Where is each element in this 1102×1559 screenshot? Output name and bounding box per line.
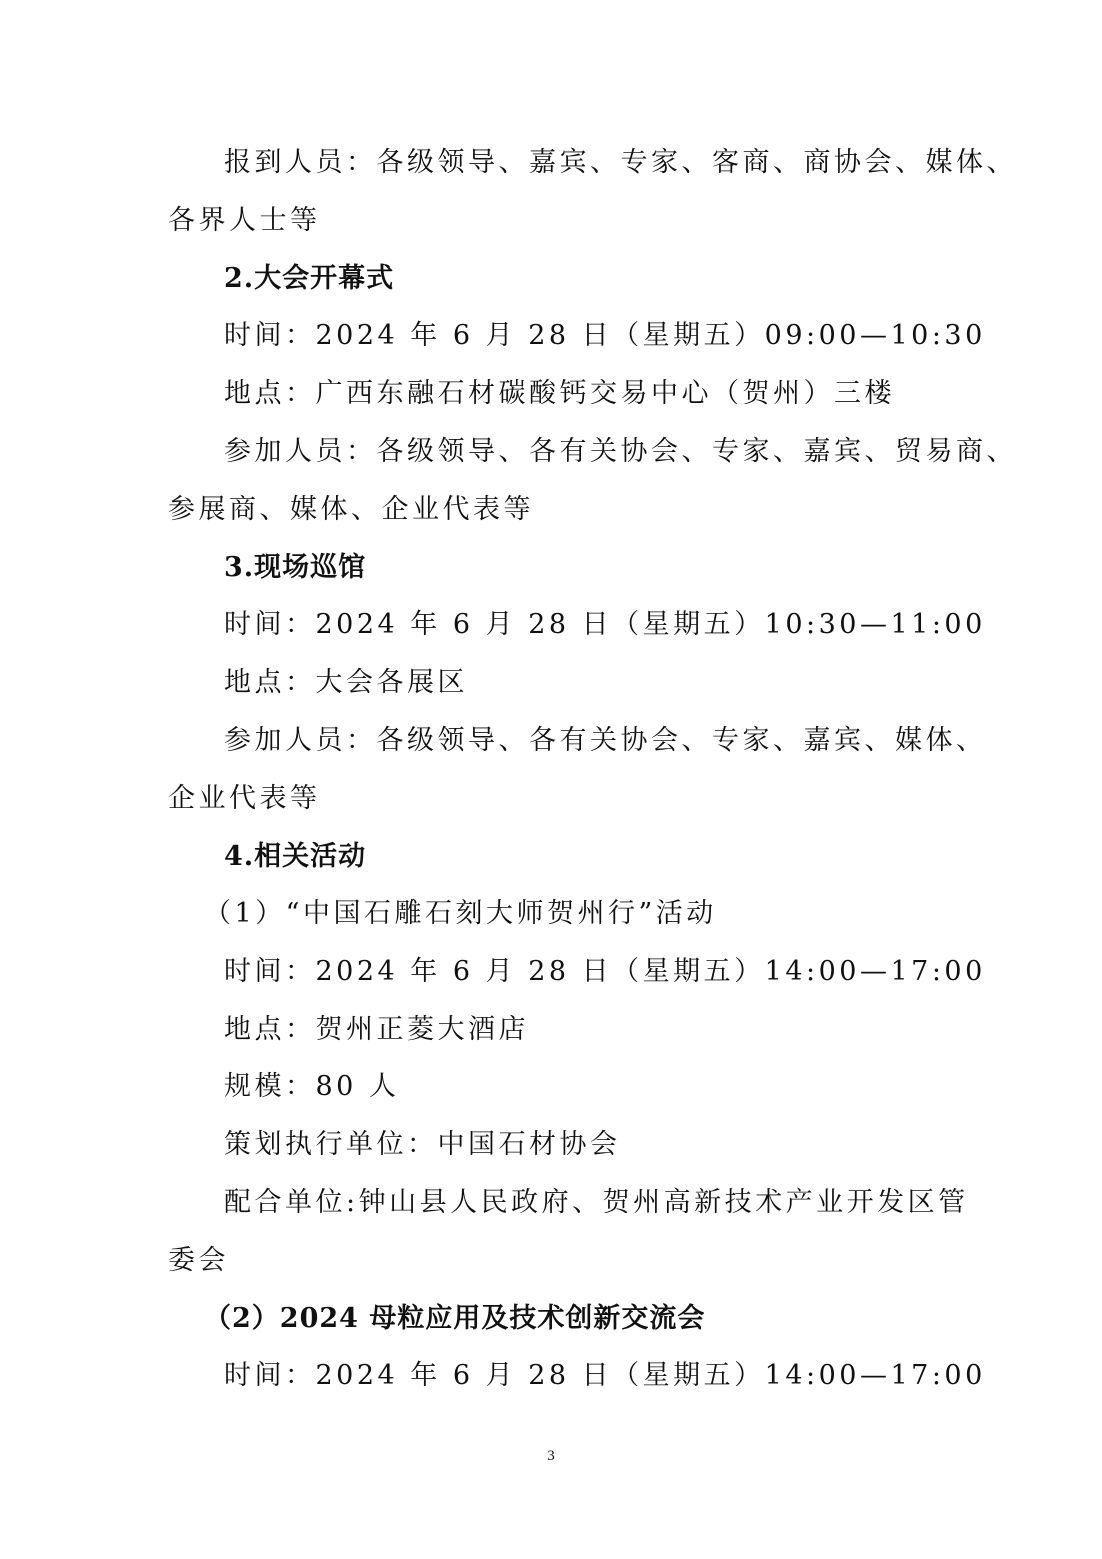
activity-2-heading: （2）2024 母粒应用及技术创新交流会 [204,1301,705,1337]
related-activities-heading: 4.相关活动 [224,839,366,875]
activity-1-scale: 规模：80 人 [224,1069,399,1105]
registration-attendees: 报到人员：各级领导、嘉宾、专家、客商、商协会、媒体、 [224,145,1017,181]
opening-ceremony-attendees-continued: 参展商、媒体、企业代表等 [168,492,534,528]
opening-ceremony-time: 时间：2024 年 6 月 28 日（星期五）09:00—10:30 [224,318,986,354]
activity-1-partners: 配合单位:钟山县人民政府、贺州高新技术产业开发区管 [224,1185,969,1221]
hall-tour-location: 地点：大会各展区 [224,665,468,701]
activity-1-time: 时间：2024 年 6 月 28 日（星期五）14:00—17:00 [224,954,986,990]
hall-tour-attendees-continued: 企业代表等 [168,781,321,817]
hall-tour-attendees: 参加人员：各级领导、各有关协会、专家、嘉宾、媒体、 [224,723,987,759]
opening-ceremony-location: 地点：广西东融石材碳酸钙交易中心（贺州）三楼 [224,376,895,412]
registration-attendees-continued: 各界人士等 [168,203,321,239]
opening-ceremony-attendees: 参加人员：各级领导、各有关协会、专家、嘉宾、贸易商、 [224,434,1017,470]
activity-2-time: 时间：2024 年 6 月 28 日（星期五）14:00—17:00 [224,1358,986,1394]
activity-1-partners-continued: 委会 [168,1243,229,1279]
hall-tour-heading: 3.现场巡馆 [224,550,366,586]
activity-1-location: 地点：贺州正菱大酒店 [224,1012,529,1048]
document-page: 报到人员：各级领导、嘉宾、专家、客商、商协会、媒体、 各界人士等 2.大会开幕式… [0,0,1102,1559]
hall-tour-time: 时间：2024 年 6 月 28 日（星期五）10:30—11:00 [224,607,986,643]
activity-1-organizer: 策划执行单位：中国石材协会 [224,1127,621,1163]
activity-1-heading: （1）“中国石雕石刻大师贺州行”活动 [204,896,717,932]
opening-ceremony-heading: 2.大会开幕式 [224,261,394,297]
page-number: 3 [0,1448,1102,1465]
